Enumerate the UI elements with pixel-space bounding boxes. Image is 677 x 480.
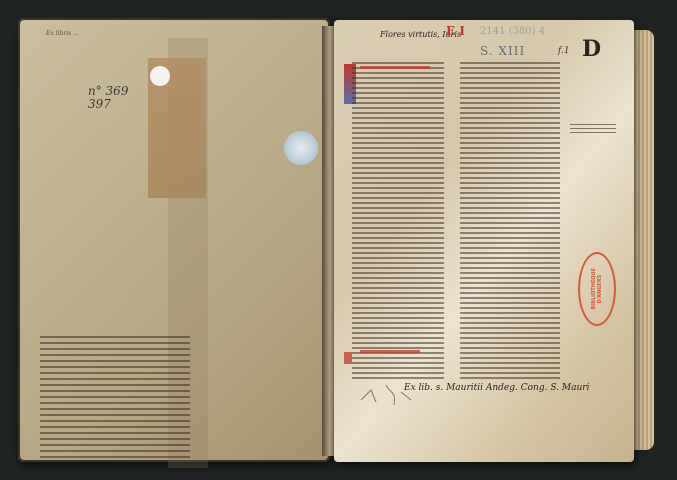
left-flyleaf: Ex libris ... — [18, 18, 330, 462]
rubric — [360, 350, 420, 353]
letter-mark: D — [582, 36, 601, 62]
blue-patch — [284, 131, 318, 165]
marginal-notes-block — [40, 336, 190, 461]
top-note: Ex libris ... — [46, 30, 79, 37]
manuscript-photo: Ex libris ... n° 369 397 Flores virtutis… — [0, 0, 677, 480]
label-hole — [150, 66, 170, 86]
shelfmark: n° 369 397 — [88, 85, 128, 111]
header-number: E I — [446, 24, 465, 38]
marginal-note — [570, 124, 616, 134]
red-initial — [344, 352, 352, 364]
stamp-line-2: D'ANGERS — [597, 275, 603, 304]
library-stamp: BIBLIOTHÈQUED'ANGERS — [578, 252, 616, 326]
text-column-b — [460, 62, 560, 380]
shelfmark-line-2: 397 — [88, 98, 128, 111]
text-column-a — [352, 62, 444, 380]
century-mark: S. XIII — [480, 44, 525, 58]
ownership-inscription: Ex lib. s. Mauritii Andeg. Cong. S. Maur… — [404, 383, 589, 393]
rubric — [360, 66, 430, 69]
catalog-number: 2141 (380) 4 — [480, 26, 545, 37]
folio-mark: f.1 — [558, 46, 570, 56]
